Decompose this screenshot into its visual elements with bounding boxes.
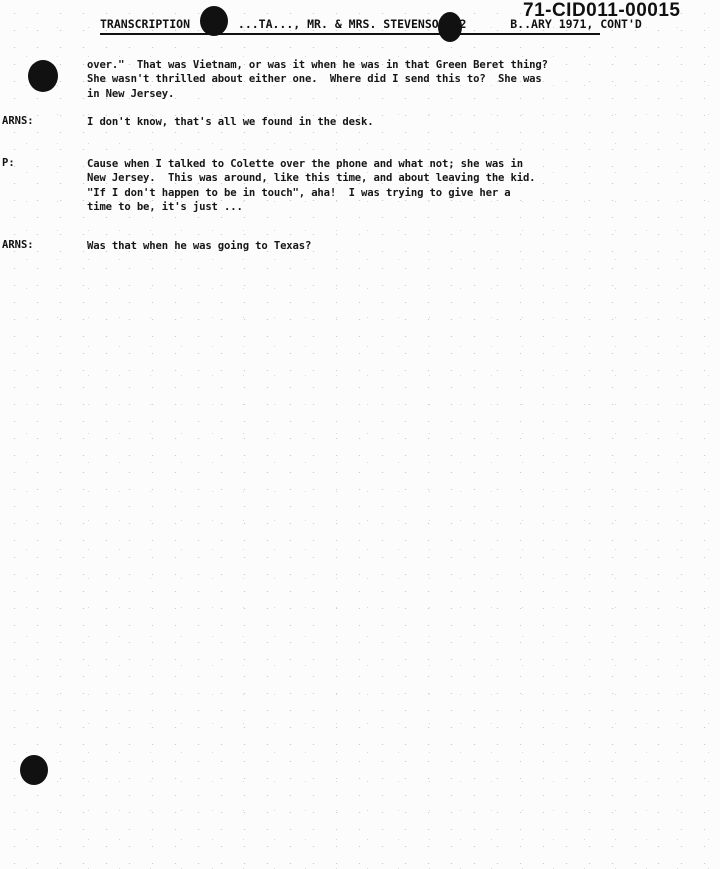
punch-hole-left-bottom: [20, 755, 48, 785]
speaker-label: P:: [2, 157, 82, 169]
speaker-label: ARNS:: [2, 239, 82, 251]
entry-text: Was that when he was going to Texas?: [87, 239, 647, 253]
entry-text: I don't know, that's all we found in the…: [87, 115, 647, 129]
punch-hole-header-right: [438, 12, 462, 42]
header-suffix: B..ARY 1971, CONT'D: [510, 17, 642, 31]
entry-text: over." That was Vietnam, or was it when …: [87, 58, 647, 101]
entry-text: Cause when I talked to Colette over the …: [87, 157, 647, 215]
header-prefix: TRANSCRIPTION: [100, 17, 190, 31]
header-mid: ...TA..., MR. & MRS. STEVENSON, 2: [238, 17, 466, 31]
page-header: TRANSCRIPTION ...TA..., MR. & MRS. STEVE…: [100, 17, 600, 35]
speaker-label: ARNS:: [2, 115, 82, 127]
punch-hole-left-top: [28, 60, 58, 92]
document-page: 71-CID011-00015 TRANSCRIPTION ...TA..., …: [0, 0, 720, 869]
scan-noise: [0, 0, 720, 869]
punch-hole-header-left: [200, 6, 228, 36]
